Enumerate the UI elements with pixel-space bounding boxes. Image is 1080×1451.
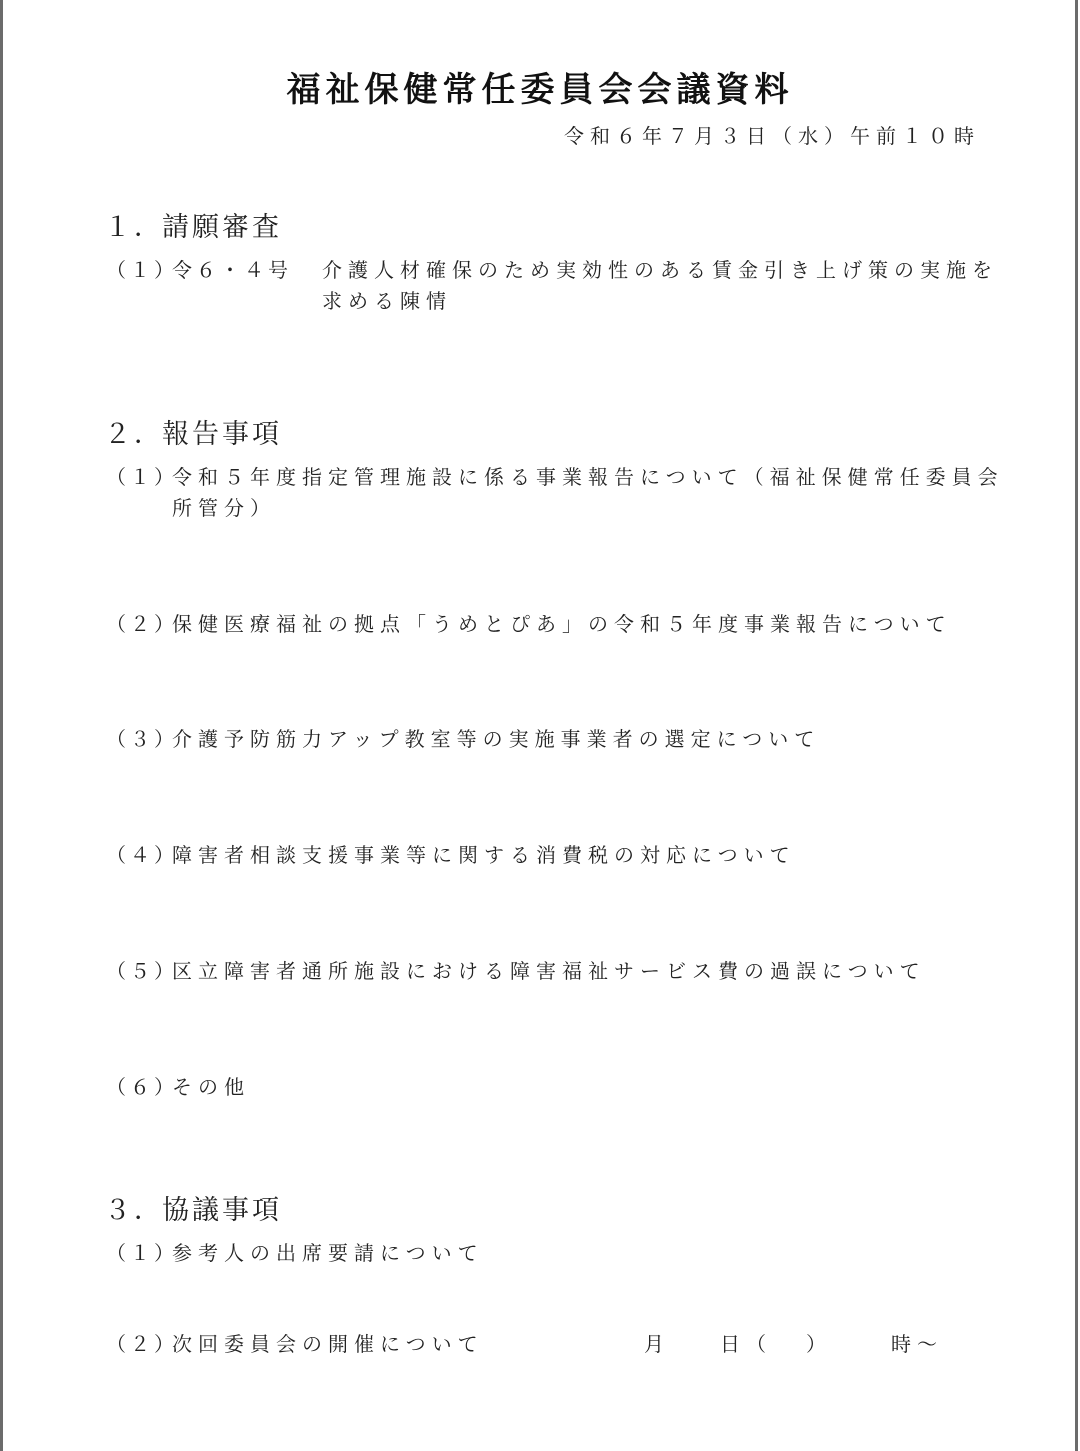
next-meeting-day: 日 <box>720 1329 746 1360</box>
item-text-line1: 保健医療福祉の拠点「うめとぴあ」の令和５年度事業報告について <box>172 612 952 636</box>
agenda-item-discussion-1: （１）参考人の出席要請について <box>106 1238 484 1269</box>
agenda-item-discussion-2: （２）次回委員会の開催について 月 日 （ ） 時～ <box>106 1329 1006 1360</box>
item-label: （６） <box>106 1072 172 1103</box>
item-text-line1: 介護予防筋力アップ教室等の実施事業者の選定について <box>172 727 820 751</box>
section-number: ３． <box>104 1188 162 1227</box>
section-number: １． <box>104 205 162 244</box>
page-border-right <box>1075 0 1078 1451</box>
item-text-line1: その他 <box>172 1075 250 1099</box>
item-label: （３） <box>106 724 172 755</box>
item-text-line1: 障害者相談支援事業等に関する消費税の対応について <box>172 843 796 867</box>
item-text-line1: 次回委員会の開催について <box>172 1332 484 1356</box>
agenda-item-petition: （１）令６・４号介護人材確保のため実効性のある賃金引き上げ策の実施を 求める陳情 <box>106 255 998 317</box>
page-border-left <box>0 0 3 1451</box>
item-label: （１） <box>106 255 172 286</box>
petition-number: 令６・４号 <box>172 255 322 286</box>
next-meeting-weekday-close: ） <box>806 1329 832 1360</box>
item-text-line1: 介護人材確保のため実効性のある賃金引き上げ策の実施を <box>322 258 998 282</box>
item-label: （１） <box>106 1238 172 1269</box>
next-meeting-weekday-open: （ <box>746 1329 772 1360</box>
section-number: ２． <box>104 412 162 451</box>
agenda-item-report-3: （３）介護予防筋力アップ教室等の実施事業者の選定について <box>106 724 820 755</box>
item-label: （４） <box>106 840 172 871</box>
document-title: 福祉保健常任委員会会議資料 <box>0 62 1080 111</box>
item-label: （２） <box>106 1329 172 1360</box>
item-text-line1: 令和５年度指定管理施設に係る事業報告について（福祉保健常任委員会 <box>172 465 1004 489</box>
agenda-item-report-1: （１）令和５年度指定管理施設に係る事業報告について（福祉保健常任委員会 所管分） <box>106 462 1004 524</box>
section-title: 報告事項 <box>162 419 282 450</box>
section-heading-reports: ２．報告事項 <box>104 412 282 451</box>
agenda-item-report-2: （２）保健医療福祉の拠点「うめとぴあ」の令和５年度事業報告について <box>106 609 952 640</box>
agenda-item-report-4: （４）障害者相談支援事業等に関する消費税の対応について <box>106 840 796 871</box>
item-label: （１） <box>106 462 172 493</box>
section-title: 請願審査 <box>162 212 282 243</box>
next-meeting-hour: 時～ <box>891 1329 943 1360</box>
section-heading-petition-review: １．請願審査 <box>104 205 282 244</box>
item-text-line1: 区立障害者通所施設における障害福祉サービス費の過誤について <box>172 959 926 983</box>
meeting-date: 令和６年７月３日（水）午前１０時 <box>564 120 980 149</box>
next-meeting-month: 月 <box>644 1329 670 1360</box>
item-text-line2: 所管分） <box>172 493 1004 524</box>
agenda-item-report-6: （６）その他 <box>106 1072 250 1103</box>
item-label: （５） <box>106 956 172 987</box>
item-label: （２） <box>106 609 172 640</box>
section-title: 協議事項 <box>162 1195 282 1226</box>
section-heading-discussion: ３．協議事項 <box>104 1188 282 1227</box>
item-text-line2: 求める陳情 <box>322 286 998 317</box>
agenda-item-report-5: （５）区立障害者通所施設における障害福祉サービス費の過誤について <box>106 956 926 987</box>
item-text-line1: 参考人の出席要請について <box>172 1241 484 1265</box>
